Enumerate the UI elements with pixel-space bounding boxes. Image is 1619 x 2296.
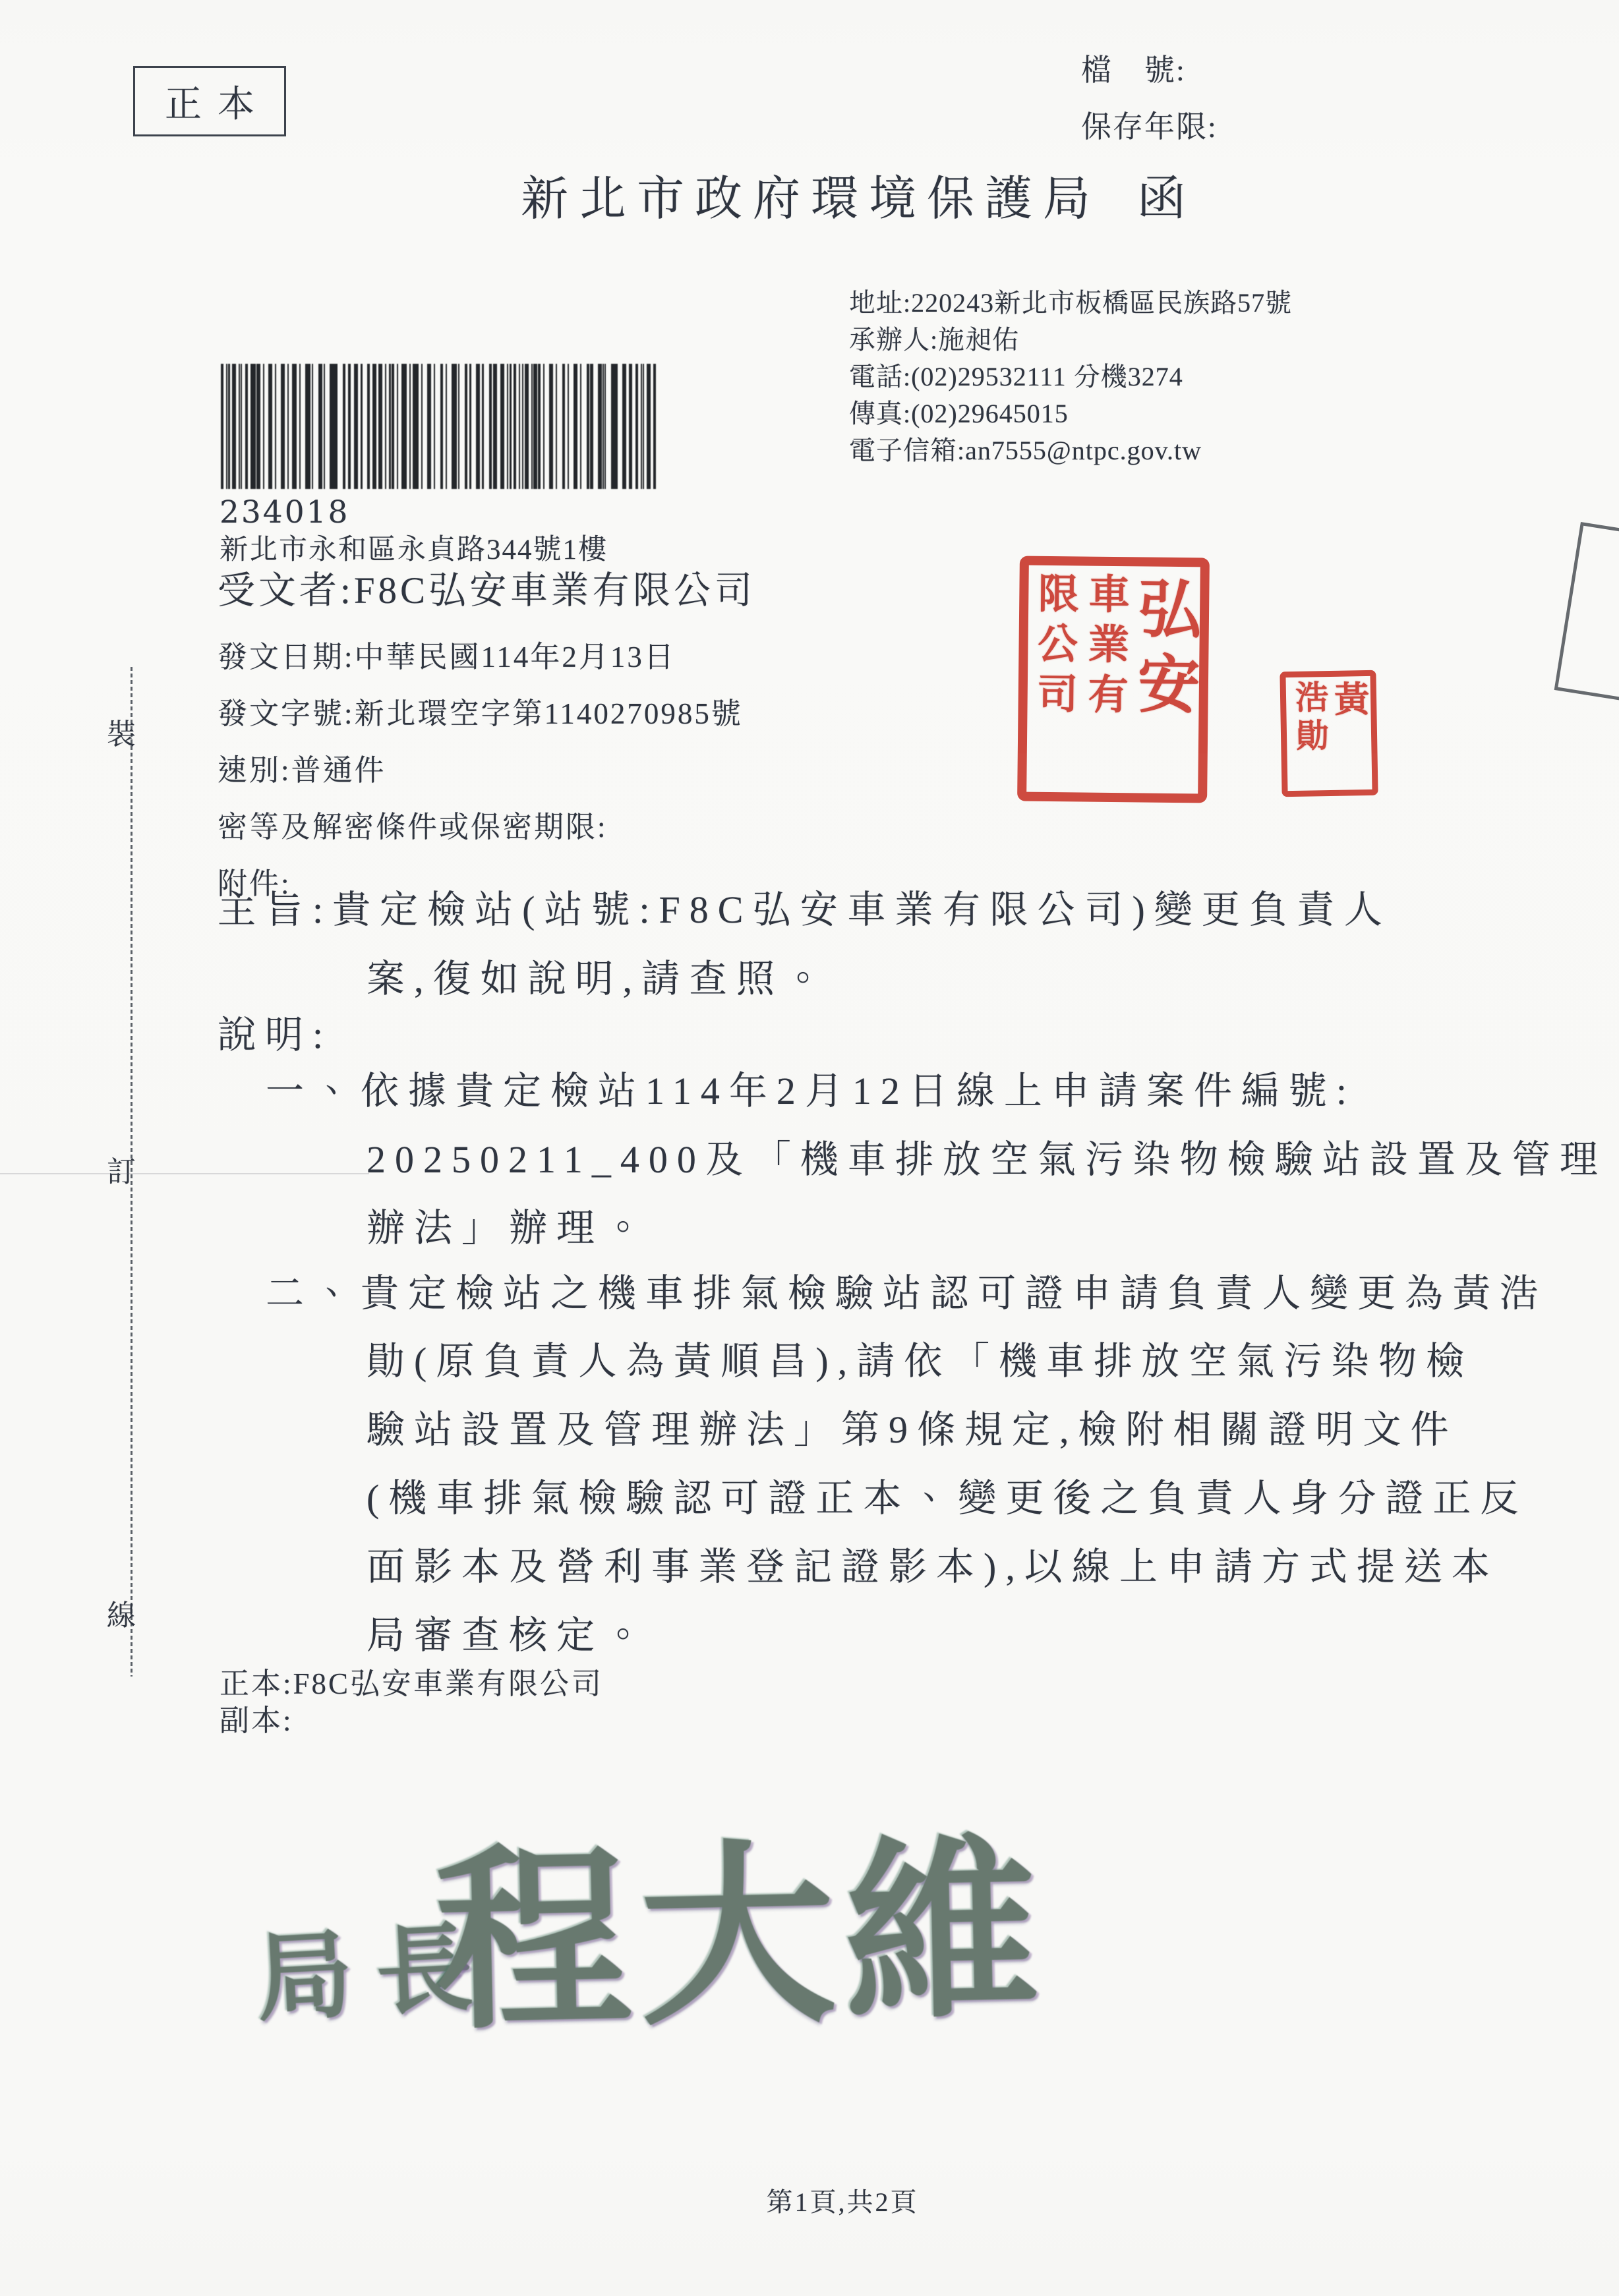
explanation-item2-line5: 面影本及營利事業登記證影本),以線上申請方式提送本 bbox=[367, 1535, 1499, 1591]
file-number-label: 檔 號: bbox=[1081, 46, 1186, 90]
personal-seal-col-left: 浩勛 bbox=[1290, 679, 1330, 788]
barcode-number: 234018 bbox=[220, 494, 349, 531]
subject-label: 主旨: bbox=[218, 888, 332, 931]
classification-line: 密等及解密條件或保密期限: bbox=[218, 803, 608, 846]
doc-number-line: 發文字號:新北環空字第1140270985號 bbox=[218, 689, 743, 732]
explanation-item2-line3: 驗站設置及管理辦法」第9條規定,檢附相關證明文件 bbox=[367, 1398, 1458, 1454]
edge-agency-stamp: 新北市政府環境保護局 bbox=[1554, 522, 1619, 710]
item1-text: 依據貴定檢站114年2月12日線上申請案件編號: bbox=[361, 1070, 1356, 1112]
explanation-label: 說明: bbox=[218, 1004, 332, 1059]
personal-seal-col-right: 黃 bbox=[1328, 679, 1371, 788]
issuing-agency: 新北市政府環境保護局 bbox=[521, 173, 1101, 225]
explanation-item2-line1: 二、貴定檢站之機車排氣檢驗站認可證申請負責人變更為黃浩 bbox=[266, 1262, 1547, 1317]
personal-seal-stamp: 黃 浩勛 bbox=[1280, 670, 1378, 797]
binding-mark-xian: 線 bbox=[100, 1592, 142, 1634]
recipient-line: 受文者:F8C弘安車業有限公司 bbox=[218, 560, 755, 614]
binding-mark-ding: 訂 bbox=[100, 1148, 142, 1190]
item2-text: 貴定檢站之機車排氣檢驗站認可證申請負責人變更為黃浩 bbox=[361, 1272, 1547, 1315]
explanation-item1-line3: 辦法」辦理。 bbox=[367, 1197, 651, 1252]
contact-address: 地址:220243新北市板橋區民族路57號 bbox=[849, 285, 1292, 322]
scan-crease-line bbox=[0, 1173, 369, 1174]
director-signature: 程大維 bbox=[432, 1773, 1051, 2066]
barcode bbox=[221, 364, 656, 489]
subject-line-2: 案,復如說明,請查照。 bbox=[367, 948, 831, 1003]
retention-period-label: 保存年限: bbox=[1081, 103, 1218, 146]
company-seal-col-right: 弘安 bbox=[1129, 570, 1197, 789]
copy-type-label: 正本 bbox=[135, 68, 284, 134]
document-type: 函 bbox=[1138, 173, 1196, 225]
item2-number: 二、 bbox=[266, 1272, 361, 1315]
agency-contact-block: 地址:220243新北市板橋區民族路57號 承辦人:施昶佑 電話:(02)295… bbox=[849, 285, 1292, 469]
explanation-item2-line4: (機車排氣檢驗認可證正本、變更後之負責人身分證正反 bbox=[367, 1467, 1527, 1522]
company-seal-stamp: 弘安 車業有 限公司 bbox=[1017, 556, 1210, 803]
page-number: 第1頁,共2頁 bbox=[678, 2181, 1007, 2219]
official-letter-page: 正本 檔 號: 保存年限: 新北市政府環境保護局函 地址:220243新北市板橋… bbox=[0, 0, 1619, 2296]
contact-email: 電子信箱:an7555@ntpc.gov.tw bbox=[849, 432, 1292, 469]
company-seal-col-middle: 車業有 bbox=[1076, 569, 1131, 789]
item1-number: 一、 bbox=[266, 1070, 361, 1112]
explanation-item2-line6: 局審查核定。 bbox=[367, 1604, 651, 1659]
explanation-item2-line2: 勛(原負責人為黃順昌),請依「機車排放空氣污染物檢 bbox=[367, 1330, 1473, 1385]
binding-mark-zhuang: 裝 bbox=[100, 710, 142, 753]
cc-copy-line: 副本: bbox=[220, 1696, 293, 1739]
company-seal-col-left: 限公司 bbox=[1028, 569, 1078, 789]
issue-date-line: 發文日期:中華民國114年2月13日 bbox=[218, 633, 676, 675]
copy-type-box: 正本 bbox=[133, 66, 286, 136]
document-title: 新北市政府環境保護局函 bbox=[521, 160, 1196, 229]
subject-line-1: 主旨:貴定檢站(站號:F8C弘安車業有限公司)變更負責人 bbox=[218, 878, 1392, 934]
explanation-item1-line2: 20250211_400及「機車排放空氣污染物檢驗站設置及管理 bbox=[367, 1128, 1607, 1184]
subject-text: 貴定檢站(站號:F8C弘安車業有限公司)變更負責人 bbox=[332, 888, 1392, 931]
contact-phone: 電話:(02)29532111 分機3274 bbox=[849, 359, 1292, 395]
contact-officer: 承辦人:施昶佑 bbox=[849, 322, 1292, 359]
explanation-item1-line1: 一、依據貴定檢站114年2月12日線上申請案件編號: bbox=[266, 1060, 1356, 1115]
contact-fax: 傳真:(02)29645015 bbox=[849, 395, 1292, 432]
priority-line: 速別:普通件 bbox=[218, 746, 386, 789]
